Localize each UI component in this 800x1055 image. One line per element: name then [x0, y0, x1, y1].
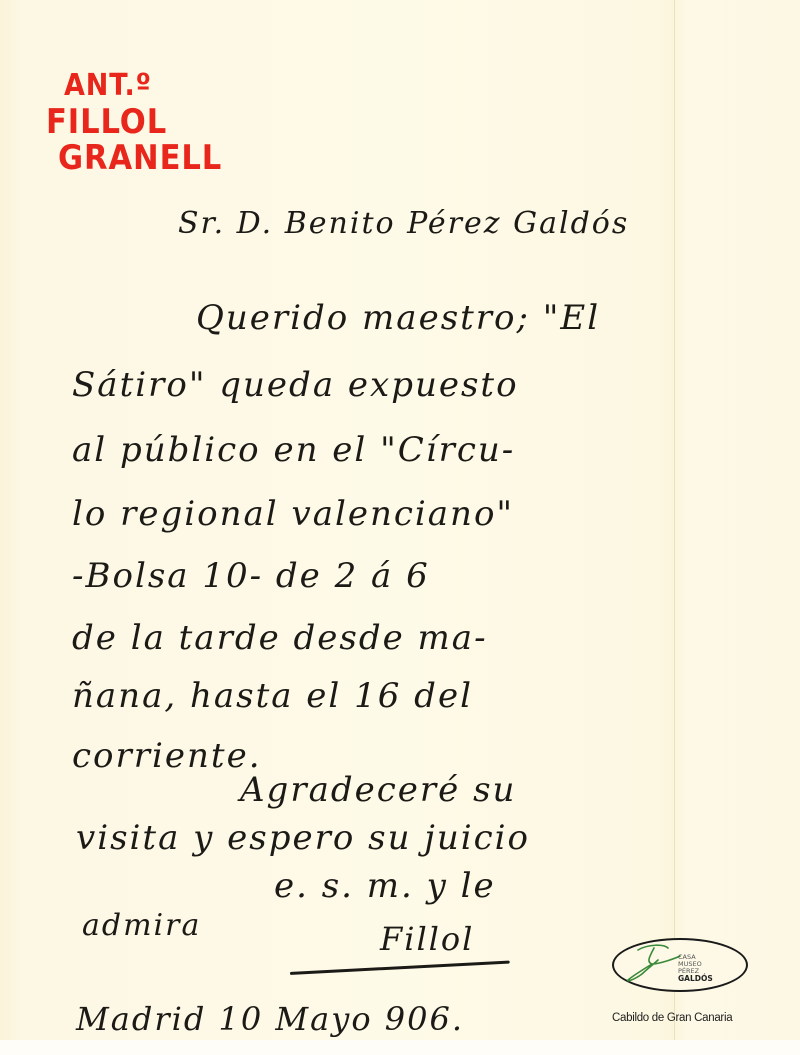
galdos-signature-flourish-icon: [624, 942, 684, 986]
body-line-11: e. s. m. y le: [274, 866, 496, 906]
letterhead-line-2: FILLOL: [46, 104, 240, 140]
body-line-1: Querido maestro; "El: [196, 298, 600, 338]
body-line-8: corriente.: [72, 736, 262, 776]
logo-line-4: GALDÓS: [678, 975, 713, 982]
body-line-5: -Bolsa 10- de 2 á 6: [72, 556, 430, 596]
letterhead-line-3: GRANELL: [58, 140, 242, 176]
scan-bottom-margin: [0, 1040, 800, 1055]
body-line-2: Sátiro" queda expuesto: [72, 365, 519, 405]
museum-logo: CASA MUSEO PÉREZ GALDÓS: [612, 938, 748, 992]
date-line: Madrid 10 Mayo 906.: [76, 1000, 464, 1038]
museum-logo-text: CASA MUSEO PÉREZ GALDÓS: [678, 954, 713, 982]
signature: Fillol: [380, 920, 474, 958]
body-line-6: de la tarde desde ma-: [72, 618, 488, 658]
body-line-4: lo regional valenciano": [72, 494, 514, 534]
letterhead-line-1: ANT.º: [64, 68, 242, 104]
addressee-line: Sr. D. Benito Pérez Galdós: [178, 206, 629, 241]
logo-caption: Cabildo de Gran Canaria: [612, 1012, 762, 1024]
paper-fold-line: [674, 0, 675, 1040]
body-line-3: al público en el "Círcu-: [72, 430, 515, 470]
body-line-12: admira: [82, 908, 201, 943]
letterhead-stamp: ANT.º FILLOL GRANELL: [42, 68, 262, 176]
body-line-7: ñana, hasta el 16 del: [72, 676, 473, 716]
body-line-9: Agradeceré su: [240, 770, 516, 810]
body-line-10: visita y espero su juicio: [76, 818, 530, 858]
